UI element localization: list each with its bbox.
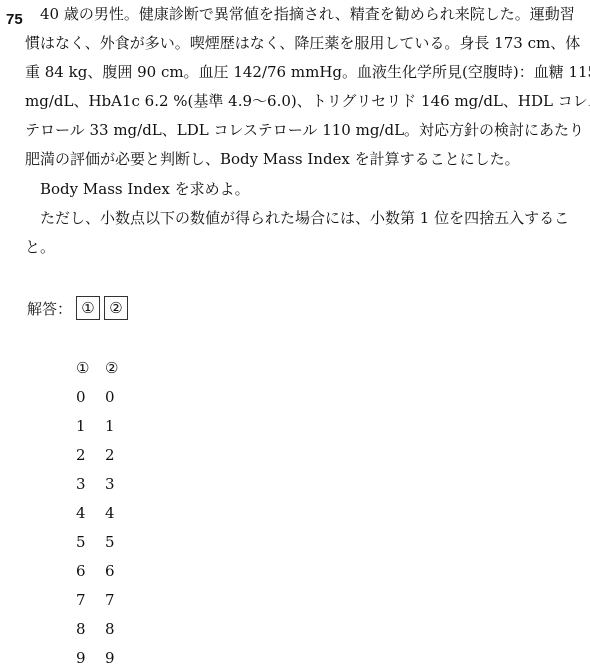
choice-row: 66: [76, 556, 134, 585]
choice-row: 77: [76, 585, 134, 614]
choice-row: 55: [76, 527, 134, 556]
column-header-1: ①: [76, 359, 105, 377]
question-number: 75: [6, 6, 23, 35]
question-line-3: 重 84 kg、腹囲 90 cm。血圧 142/76 mmHg。血液生化学所見(…: [25, 58, 590, 87]
choice-digit[interactable]: 2: [105, 446, 134, 464]
answer-label: 解答：: [27, 298, 72, 319]
choice-digit[interactable]: 3: [76, 475, 105, 493]
choice-digit[interactable]: 0: [105, 388, 134, 406]
answer-box-1[interactable]: ①: [76, 296, 100, 320]
answer-row: 解答： ① ②: [27, 296, 128, 320]
choice-row: 33: [76, 469, 134, 498]
choice-row: 88: [76, 614, 134, 643]
choice-digit[interactable]: 8: [105, 620, 134, 638]
question-line-6: 肥満の評価が必要と判断し、Body Mass Index を計算することにした。: [25, 145, 520, 174]
choice-row: 99: [76, 643, 134, 672]
choice-row: 44: [76, 498, 134, 527]
choice-row: 00: [76, 382, 134, 411]
choice-digit[interactable]: 6: [76, 562, 105, 580]
choice-digit[interactable]: 7: [105, 591, 134, 609]
digit-choices: ① ② 00 11 22 33 44 55 66 77 88 99: [76, 353, 134, 672]
question-line-2: 慣はなく、外食が多い。喫煙歴はなく、降圧薬を服用している。身長 173 cm、体: [25, 29, 580, 58]
note-line-1: ただし、小数点以下の数値が得られた場合には、小数第 1 位を四捨五入するこ: [40, 204, 569, 233]
question-line-1: 40 歳の男性。健康診断で異常値を指摘され、精査を勧められ来院した。運動習: [40, 0, 575, 29]
question-line-5: テロール 33 mg/dL、LDL コレステロール 110 mg/dL。対応方針…: [25, 116, 584, 145]
choice-row: 11: [76, 411, 134, 440]
choice-digit[interactable]: 5: [76, 533, 105, 551]
choice-digit[interactable]: 6: [105, 562, 134, 580]
choice-digit[interactable]: 1: [76, 417, 105, 435]
choice-digit[interactable]: 3: [105, 475, 134, 493]
question-line-4: mg/dL、HbA1c 6.2 %(基準 4.9〜6.0)、トリグリセリド 14…: [25, 87, 590, 116]
column-header-2: ②: [105, 359, 134, 377]
choice-digit[interactable]: 0: [76, 388, 105, 406]
choice-digit[interactable]: 8: [76, 620, 105, 638]
choice-digit[interactable]: 7: [76, 591, 105, 609]
choice-digit[interactable]: 9: [105, 649, 134, 667]
choice-digit[interactable]: 9: [76, 649, 105, 667]
choice-digit[interactable]: 1: [105, 417, 134, 435]
choice-digit[interactable]: 5: [105, 533, 134, 551]
choice-row: 22: [76, 440, 134, 469]
answer-box-2[interactable]: ②: [104, 296, 128, 320]
choice-digit[interactable]: 4: [76, 504, 105, 522]
choice-digit[interactable]: 4: [105, 504, 134, 522]
choice-digit[interactable]: 2: [76, 446, 105, 464]
choice-header-row: ① ②: [76, 353, 134, 382]
instruction: Body Mass Index を求めよ。: [40, 175, 250, 204]
note-line-2: と。: [25, 233, 55, 262]
